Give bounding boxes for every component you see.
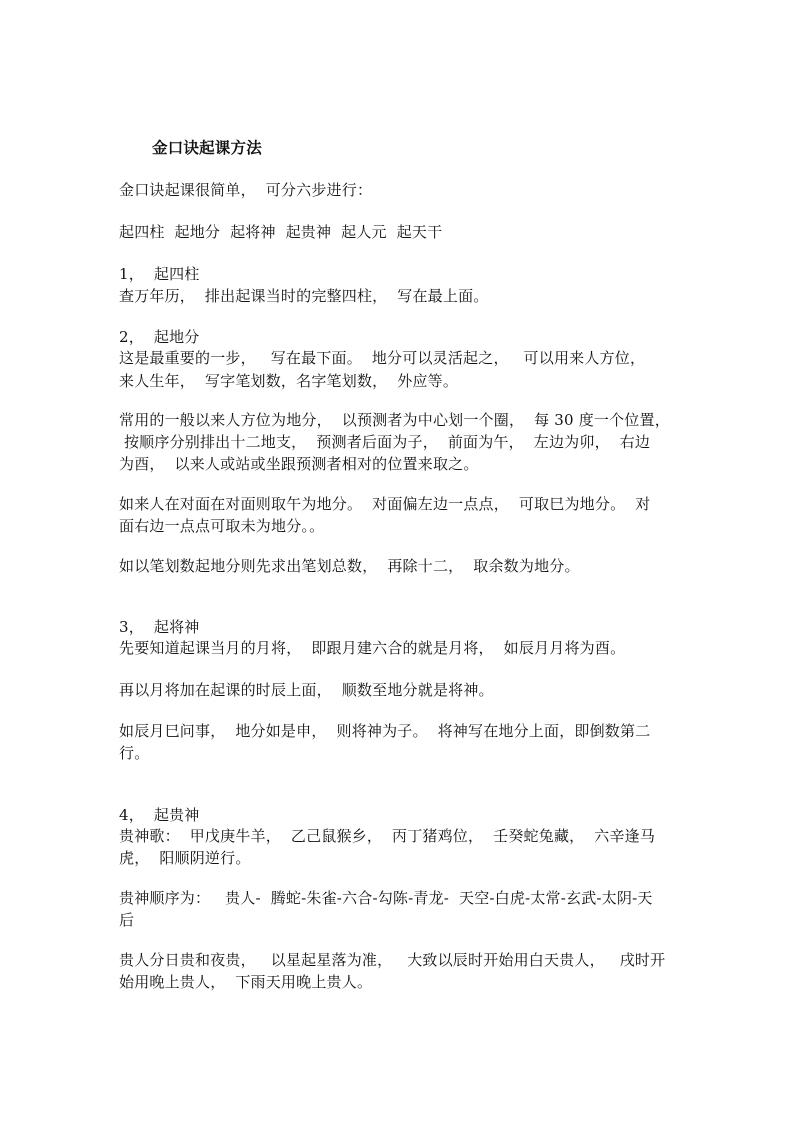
paragraph-line: 来人生年， 写字笔划数，名字笔划数， 外应等。 (119, 371, 458, 391)
paragraph-line: 按顺序分别排出十二地支， 预测者后面为子， 前面为午， 左边为卯， 右边 (119, 432, 650, 452)
paragraph-line: 始用晚上贵人， 下雨天用晚上贵人。 (119, 972, 372, 992)
section-heading-3: 3， 起将神 (119, 617, 199, 637)
paragraph-line: 贵神歌： 甲戊庚牛羊， 乙己鼠猴乡， 丙丁猪鸡位， 壬癸蛇兔藏， 六辛逢马 (119, 826, 655, 846)
paragraph-line: 虎， 阳顺阴逆行。 (119, 848, 251, 868)
paragraph-line: 行。 (119, 743, 149, 763)
paragraph-line: 查万年历， 排出起课当时的完整四柱， 写在最上面。 (119, 286, 488, 306)
paragraph-line: 常用的一般以来人方位为地分， 以预测者为中心划一个圈， 每 30 度一个位置， (119, 410, 670, 430)
section-heading-4: 4， 起贵神 (119, 805, 199, 825)
paragraph-line: 后 (119, 910, 134, 930)
paragraph-line: 如辰月巳问事， 地分如是申， 则将神为子。 将神写在地分上面，即倒数第二 (119, 721, 650, 741)
paragraph-line: 面右边一点点可取未为地分。。 (119, 516, 324, 536)
paragraph-line: 这是最重要的一步， 写在最下面。 地分可以灵活起之， 可以用来人方位， (119, 348, 645, 368)
paragraph-line: 如来人在对面在对面则取午为地分。 对面偏左边一点点， 可取巳为地分。 对 (119, 494, 650, 514)
section-heading-1: 1， 起四柱 (119, 264, 199, 284)
paragraph-line: 再以月将加在起课的时辰上面， 顺数至地分就是将神。 (119, 680, 494, 700)
paragraph-line: 为酉， 以来人或站或坐跟预测者相对的位置来取之。 (119, 454, 479, 474)
paragraph-line: 贵人分日贵和夜贵， 以星起星落为准， 大致以辰时开始用白天贵人， 戌时开 (119, 950, 665, 970)
steps-summary: 起四柱 起地分 起将神 起贵神 起人元 起天干 (119, 222, 442, 242)
intro-text: 金口诀起课很简单， 可分六步进行： (119, 180, 372, 200)
paragraph-line: 先要知道起课当月的月将， 即跟月建六合的就是月将， 如辰月月将为酉。 (119, 638, 625, 658)
document-page: 金口诀起课方法 金口诀起课很简单， 可分六步进行： 起四柱 起地分 起将神 起贵… (0, 0, 793, 1122)
paragraph-line: 如以笔划数起地分则先求出笔划总数， 再除十二， 取余数为地分。 (119, 556, 580, 576)
section-heading-2: 2， 起地分 (119, 327, 199, 347)
document-title: 金口诀起课方法 (152, 138, 262, 158)
paragraph-line: 贵神顺序为： 贵人- 腾蛇-朱雀-六合-勾陈-青龙- 天空-白虎-太常-玄武-太… (119, 888, 653, 908)
